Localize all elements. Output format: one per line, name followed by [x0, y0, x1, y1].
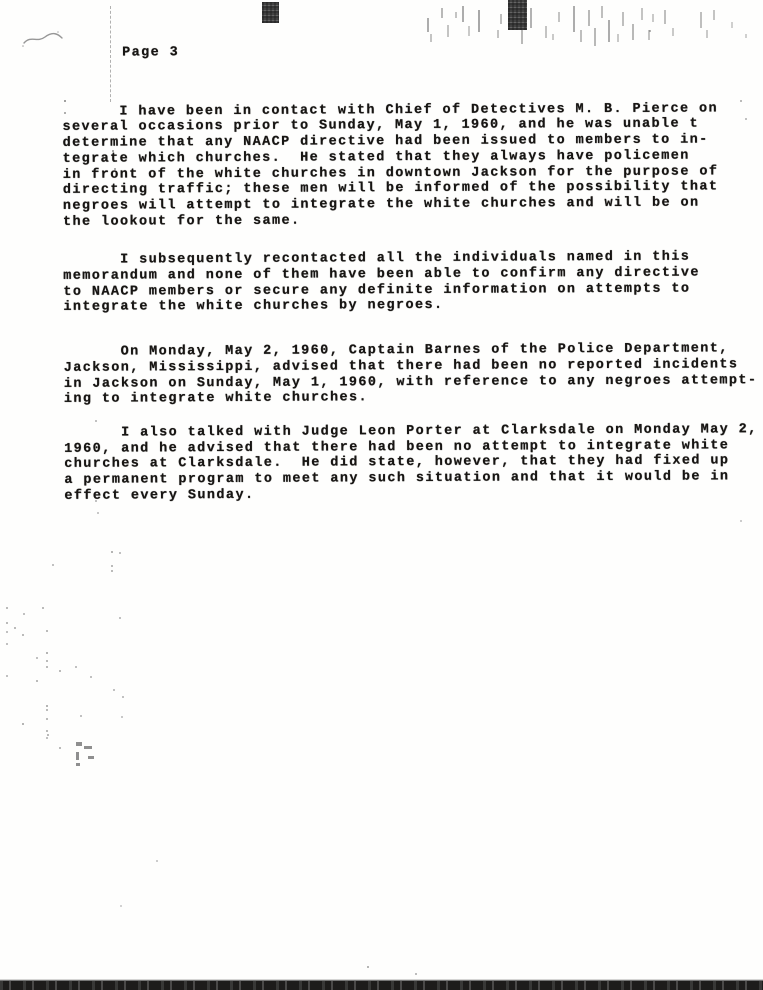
paragraph: I also talked with Judge Leon Porter at …	[64, 422, 763, 504]
ink-blob	[508, 0, 527, 30]
ink-blob	[262, 2, 279, 23]
text-line: the lookout for the same.	[63, 211, 763, 230]
scanned-document-page: Page 3 I have been in contact with Chief…	[0, 0, 763, 990]
scan-edge-bar	[0, 981, 763, 990]
pencil-scribble	[22, 30, 66, 50]
scan-speckles	[0, 0, 2, 2]
document-content: Page 3 I have been in contact with Chief…	[62, 42, 763, 504]
paragraph: I subsequently recontacted all the indiv…	[63, 249, 763, 316]
paragraph: On Monday, May 2, 1960, Captain Barnes o…	[64, 341, 763, 408]
page-number-label: Page 3	[62, 42, 763, 61]
text-line: ing to integrate white churches.	[64, 388, 763, 407]
paragraph: I have been in contact with Chief of Det…	[62, 101, 763, 230]
text-line: integrate the white churches by negroes.	[63, 297, 763, 316]
text-line: effect every Sunday.	[64, 485, 763, 504]
